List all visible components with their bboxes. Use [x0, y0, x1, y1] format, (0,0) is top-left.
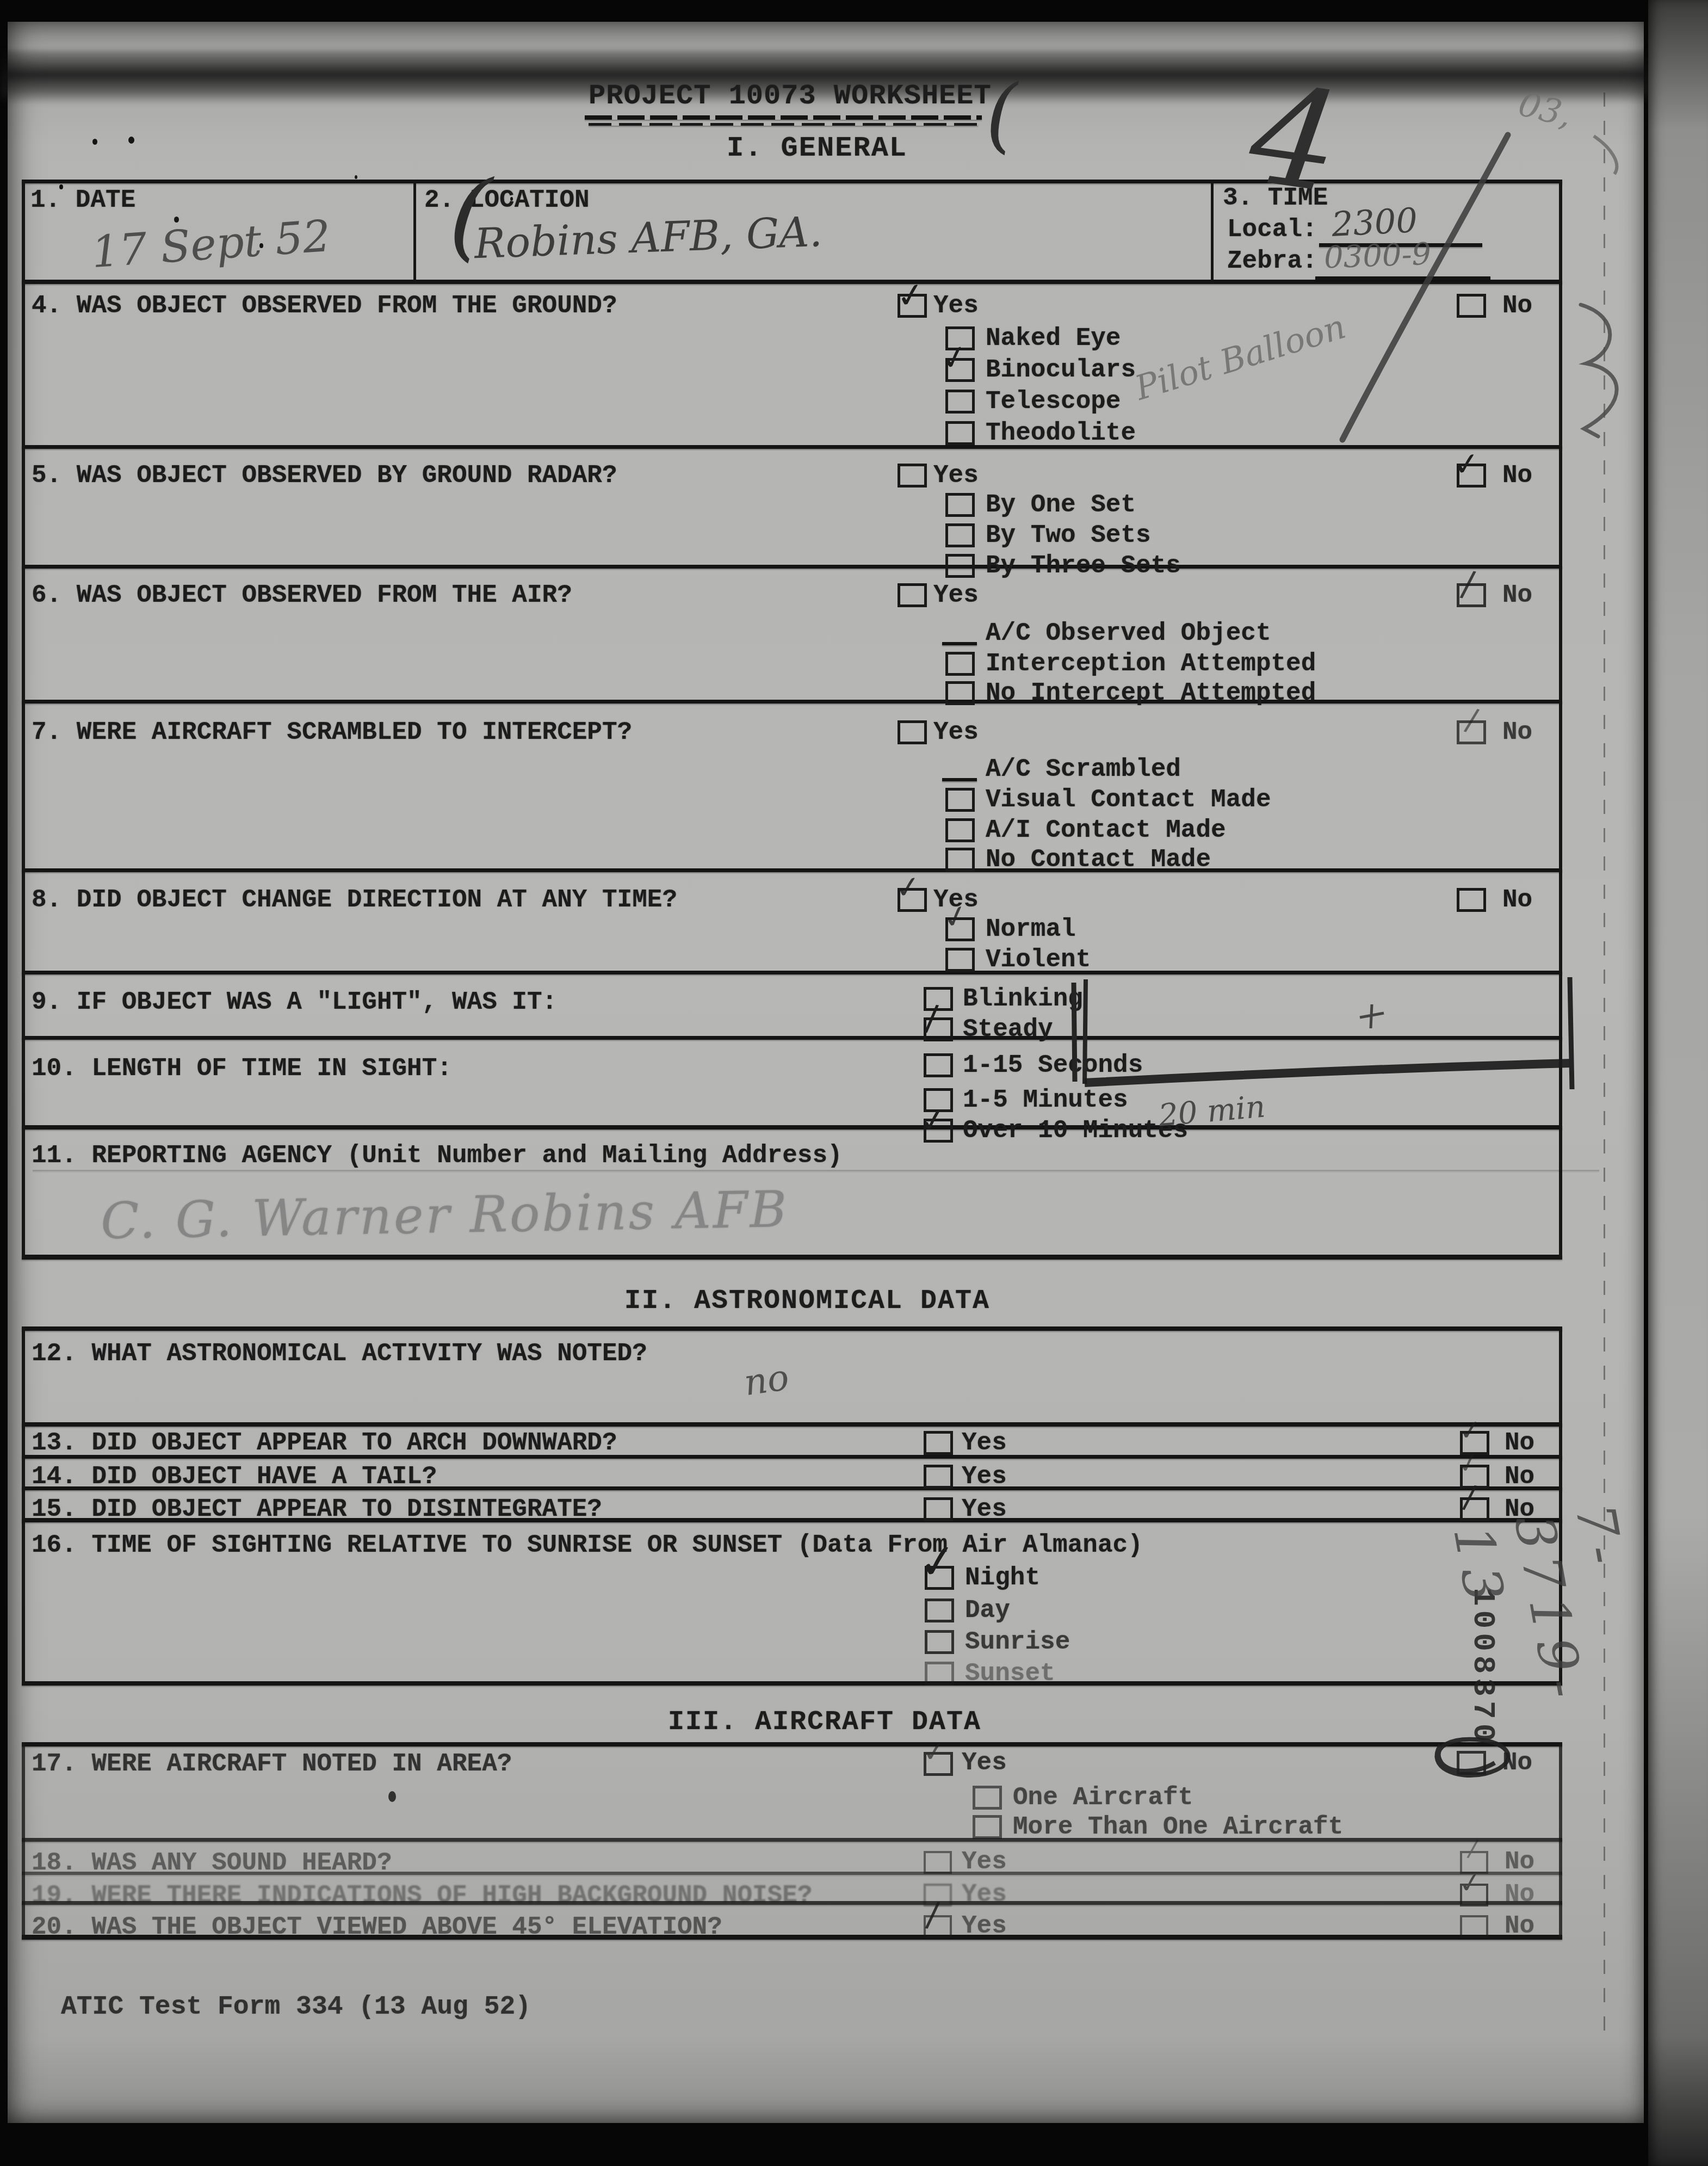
q5-option-label: By One Set [986, 492, 1136, 518]
q16-option-label: Sunset [965, 1661, 1055, 1687]
q6-option-checkbox [945, 652, 975, 676]
q8-label: 8. DID OBJECT CHANGE DIRECTION AT ANY TI… [32, 887, 677, 913]
time-local-label: Local: [1227, 217, 1317, 243]
q15-label: 15. DID OBJECT APPEAR TO DISINTEGRATE? [32, 1496, 602, 1522]
section-aircraft-heading: III. AIRCRAFT DATA [668, 1708, 981, 1737]
q10-option-checkbox [924, 1053, 953, 1077]
q10-option-label: Over 10 Minutes [963, 1118, 1188, 1144]
q4-option-label: Telescope [986, 388, 1121, 415]
q12-label: 12. WHAT ASTRONOMICAL ACTIVITY WAS NOTED… [32, 1341, 647, 1367]
q19-no-label: No [1505, 1881, 1534, 1908]
q6-yes-label: Yes [933, 582, 979, 608]
q6-label: 6. WAS OBJECT OBSERVED FROM THE AIR? [32, 582, 572, 608]
q4-label: 4. WAS OBJECT OBSERVED FROM THE GROUND? [32, 293, 617, 319]
q6-option-label: No Intercept Attempted [986, 680, 1316, 706]
q19-yes-label: Yes [962, 1881, 1007, 1908]
date-field-label: 1. DATE [30, 187, 135, 213]
q14-no-label: No [1505, 1464, 1534, 1490]
q5-option-label: By Three Sets [986, 553, 1181, 579]
q7-label: 7. WERE AIRCRAFT SCRAMBLED TO INTERCEPT? [32, 719, 632, 745]
paper-crease-line [1604, 92, 1605, 2040]
q17-option-checkbox [973, 1815, 1002, 1839]
title-underline-2 [589, 123, 978, 126]
q8-no-checkbox [1457, 888, 1486, 912]
q17-option-label: One Aircraft [1013, 1785, 1193, 1811]
q13-yes-checkbox [924, 1431, 953, 1455]
q10-over10-checkmark: ✓ [917, 1102, 950, 1139]
title-underline [585, 115, 982, 120]
section-general-heading: I. GENERAL [727, 134, 907, 164]
q18-yes-label: Yes [962, 1849, 1007, 1875]
q7-yes-label: Yes [933, 719, 979, 745]
time-zebra-handwritten-value: 0300-9 [1323, 237, 1432, 276]
q4-option-label: Naked Eye [986, 325, 1121, 351]
q10-option-label: 1-15 Seconds [963, 1052, 1143, 1078]
q6-no-label: No [1502, 582, 1532, 608]
form-number-footer: ATIC Test Form 334 (13 Aug 52) [61, 1994, 531, 2021]
location-field-label: 2. LOCATION [424, 187, 590, 213]
q15-yes-checkbox [924, 1497, 953, 1521]
q20-no-checkbox [1460, 1915, 1488, 1938]
q7-option-blank-line [942, 778, 977, 781]
time-zebra-label: Zebra: [1227, 248, 1317, 274]
q5-yes-checkbox [898, 464, 927, 487]
section-astronomical-heading: II. ASTRONOMICAL DATA [624, 1287, 990, 1316]
q5-yes-label: Yes [933, 462, 979, 489]
q6-option-label: Interception Attempted [986, 651, 1316, 677]
q4-no-label: No [1502, 293, 1532, 319]
q16-label: 16. TIME OF SIGHTING RELATIVE TO SUNRISE… [32, 1532, 1143, 1558]
q9-option-label: Steady [963, 1016, 1053, 1042]
q8-option-label: Violent [986, 947, 1091, 973]
q4-yes-checkmark: ✓ [894, 277, 927, 314]
q8-option-label: Normal [986, 916, 1076, 942]
q4-option-telescope-checkbox [945, 390, 975, 414]
page-title: PROJECT 10073 WORKSHEET [589, 82, 992, 112]
q18-label: 18. WAS ANY SOUND HEARD? [32, 1850, 392, 1876]
q7-option-label: No Contact Made [986, 847, 1211, 873]
q5-option-checkbox [945, 554, 975, 578]
q14-yes-label: Yes [962, 1464, 1007, 1490]
q20-label: 20. WAS THE OBJECT VIEWED ABOVE 45° ELEV… [32, 1914, 722, 1940]
scanned-document-page: PROJECT 10073 WORKSHEET I. GENERAL [0, 0, 1708, 2166]
q16-option-label: Night [965, 1565, 1040, 1591]
q16-option-sunrise-checkbox [925, 1630, 954, 1654]
q8-option-violent-checkbox [945, 948, 975, 972]
q7-option-label: A/C Scrambled [986, 756, 1181, 782]
q6-option-blank-line [942, 642, 977, 645]
q5-no-label: No [1502, 462, 1532, 489]
q13-yes-label: Yes [962, 1430, 1007, 1456]
q5-option-checkbox [945, 523, 975, 547]
q14-yes-checkbox [924, 1465, 953, 1489]
q17-option-label: More Than One Aircraft [1013, 1814, 1343, 1840]
q6-option-checkbox [945, 681, 975, 705]
q17-no-label: No [1502, 1750, 1532, 1776]
q17-yes-checkmark: ✓ [921, 1737, 948, 1767]
q17-label: 17. WERE AIRCRAFT NOTED IN AREA? [32, 1751, 512, 1777]
q17-option-checkbox [973, 1786, 1002, 1810]
q9-label: 9. IF OBJECT WAS A "LIGHT", WAS IT: [32, 989, 557, 1015]
q14-label: 14. DID OBJECT HAVE A TAIL? [32, 1464, 437, 1490]
q5-option-checkbox [945, 493, 975, 517]
handwritten-file-number: 7-3719-13 [1441, 1499, 1657, 1721]
q19-no-checkmark: ✓ [1457, 1868, 1483, 1898]
q7-option-checkbox [945, 818, 975, 842]
q7-yes-checkbox [898, 720, 927, 744]
q7-option-checkbox [945, 788, 975, 812]
q16-night-checkmark: ✓ [916, 1536, 960, 1587]
q4-option-theodolite-checkbox [945, 421, 975, 445]
q5-label: 5. WAS OBJECT OBSERVED BY GROUND RADAR? [32, 462, 617, 489]
q16-option-day-checkbox [925, 1599, 954, 1622]
q17-no-checkbox [1457, 1751, 1486, 1775]
q20-no-label: No [1505, 1913, 1534, 1939]
q9-option-label: Blinking [963, 986, 1083, 1012]
q7-option-checkbox [945, 848, 975, 872]
dust-specks [92, 139, 97, 145]
q15-yes-label: Yes [962, 1496, 1007, 1522]
q4-no-checkbox [1457, 294, 1486, 318]
q6-option-label: A/C Observed Object [986, 620, 1271, 646]
q16-option-label: Day [965, 1597, 1010, 1624]
q7-no-label: No [1502, 719, 1532, 745]
q13-no-checkmark: ✓ [1458, 1416, 1483, 1445]
q16-option-sunset-checkbox [925, 1662, 954, 1686]
q18-no-label: No [1505, 1849, 1534, 1875]
q5-no-checkmark: ✓ [1452, 447, 1481, 482]
q17-yes-label: Yes [962, 1750, 1007, 1776]
q7-option-label: Visual Contact Made [986, 787, 1271, 813]
q18-yes-checkbox [924, 1851, 952, 1874]
q8-yes-checkmark: ✓ [894, 872, 923, 905]
q20-yes-label: Yes [962, 1913, 1007, 1939]
q10-label: 10. LENGTH OF TIME IN SIGHT: [32, 1056, 452, 1082]
q19-label: 19. WERE THERE INDICATIONS OF HIGH BACKG… [32, 1883, 812, 1909]
q12-handwritten-value: no [741, 1356, 791, 1404]
q4-option-label: Theodolite [986, 420, 1136, 446]
time-field-label: 3. TIME [1223, 185, 1328, 211]
q5-option-label: By Two Sets [986, 522, 1151, 548]
page-edge-strip [1648, 0, 1708, 2166]
q6-yes-checkbox [898, 583, 927, 607]
q7-option-label: A/I Contact Made [986, 817, 1226, 843]
q8-no-label: No [1502, 887, 1532, 913]
q13-label: 13. DID OBJECT APPEAR TO ARCH DOWNWARD? [32, 1430, 617, 1456]
q4-yes-label: Yes [933, 293, 979, 319]
q13-no-label: No [1505, 1430, 1534, 1456]
q10-option-label: 1-5 Minutes [963, 1087, 1128, 1113]
q11-handwritten-value: C. G. Warner Robins AFB [100, 1180, 789, 1250]
q16-option-label: Sunrise [965, 1629, 1070, 1655]
q4-option-label: Binoculars [986, 357, 1136, 383]
q11-label: 11. REPORTING AGENCY (Unit Number and Ma… [32, 1143, 843, 1169]
ink-blot [388, 1791, 396, 1802]
